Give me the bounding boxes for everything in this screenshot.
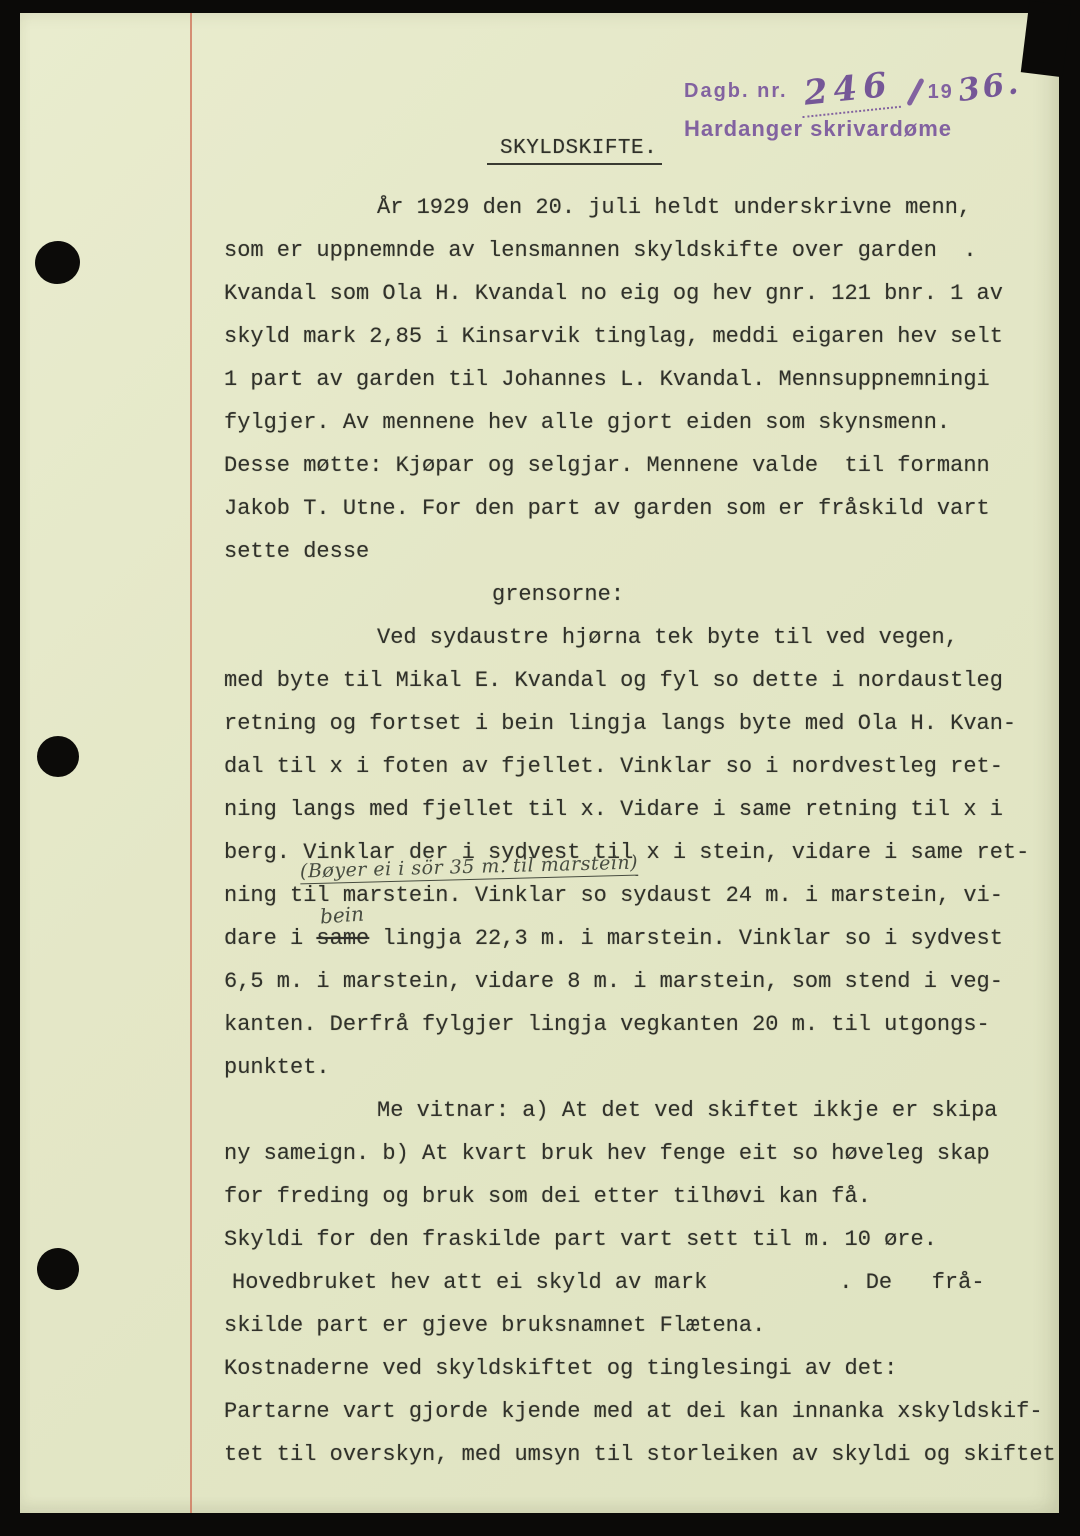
stamp-year-handwritten: 36. — [956, 65, 1023, 109]
document-line: ning langs med fjellet til x. Vidare i s… — [224, 788, 1070, 831]
document-line: dal til x i foten av fjellet. Vinklar so… — [224, 745, 1070, 788]
document-line: Skyldi for den fraskilde part vart sett … — [224, 1218, 1070, 1261]
scanned-page: Dagb. nr. 246 19 36. Hardanger skrivardø… — [0, 0, 1080, 1536]
handwritten-correction: bein — [320, 903, 365, 926]
document-line: som er uppnemnde av lensmannen skyldskif… — [224, 229, 1070, 272]
document-line: Kostnaderne ved skyldskiftet og tinglesi… — [224, 1347, 1070, 1390]
document-line: tet til overskyn, med umsyn til storleik… — [224, 1433, 1070, 1476]
document-line: med byte til Mikal E. Kvandal og fyl so … — [224, 659, 1070, 702]
document-line: skilde part er gjeve bruksnamnet Flætena… — [224, 1304, 1070, 1347]
document-line: Hovedbruket hev att ei skyld av mark . D… — [224, 1261, 1070, 1304]
document-line: skyld mark 2,85 i Kinsarvik tinglag, med… — [224, 315, 1070, 358]
document-line: Kvandal som Ola H. Kvandal no eig og hev… — [224, 272, 1070, 315]
document-line: ny sameign. b) At kvart bruk hev fenge e… — [224, 1132, 1070, 1175]
red-margin-line — [190, 13, 192, 1513]
document-line: Partarne vart gjorde kjende med at dei k… — [224, 1390, 1070, 1433]
document-title: SKYLDSKIFTE. — [487, 137, 662, 165]
document-line: 6,5 m. i marstein, vidare 8 m. i marstei… — [224, 960, 1070, 1003]
stamp-office-name: Hardanger skrivardøme — [684, 116, 1021, 142]
document-line: 1 part av garden til Johannes L. Kvandal… — [224, 358, 1070, 401]
handwritten-inserted-note: (Bøyer ei i sör 35 m. til marstein) — [300, 854, 639, 885]
document-body: År 1929 den 20. juli heldt underskrivne … — [224, 186, 1070, 1476]
stamp-slash-icon — [906, 78, 924, 107]
document-line: Me vitnar: a) At det ved skiftet ikkje e… — [224, 1089, 1070, 1132]
punch-hole-middle — [37, 736, 79, 777]
document-line: sette desse — [224, 530, 1070, 573]
stamp-label: Dagb. nr. — [684, 69, 788, 103]
document-line: År 1929 den 20. juli heldt underskrivne … — [224, 186, 1070, 229]
stamp-number-handwritten: 246 — [798, 64, 901, 118]
document-line: punktet. — [224, 1046, 1070, 1089]
document-line: Desse møtte: Kjøpar og selgjar. Mennene … — [224, 444, 1070, 487]
document-line: for freding og bruk som dei etter tilhøv… — [224, 1175, 1070, 1218]
registry-stamp: Dagb. nr. 246 19 36. Hardanger skrivardø… — [684, 69, 1021, 142]
punch-hole-top — [32, 238, 83, 287]
document-line: grensorne: — [224, 573, 1070, 616]
paper: Dagb. nr. 246 19 36. Hardanger skrivardø… — [20, 13, 1059, 1513]
document-line: Ved sydaustre hjørna tek byte til ved ve… — [224, 616, 1070, 659]
document-line: retning og fortset i bein lingja langs b… — [224, 702, 1070, 745]
document-line: Jakob T. Utne. For den part av garden so… — [224, 487, 1070, 530]
document-line: fylgjer. Av mennene hev alle gjort eiden… — [224, 401, 1070, 444]
document-line: dare i samebein lingja 22,3 m. i marstei… — [224, 917, 1070, 960]
punch-hole-bottom — [35, 1246, 81, 1292]
scan-corner-shadow — [1021, 1, 1071, 78]
document-line: kanten. Derfrå fylgjer lingja vegkanten … — [224, 1003, 1070, 1046]
stamp-year-prefix: 19 — [928, 69, 954, 104]
